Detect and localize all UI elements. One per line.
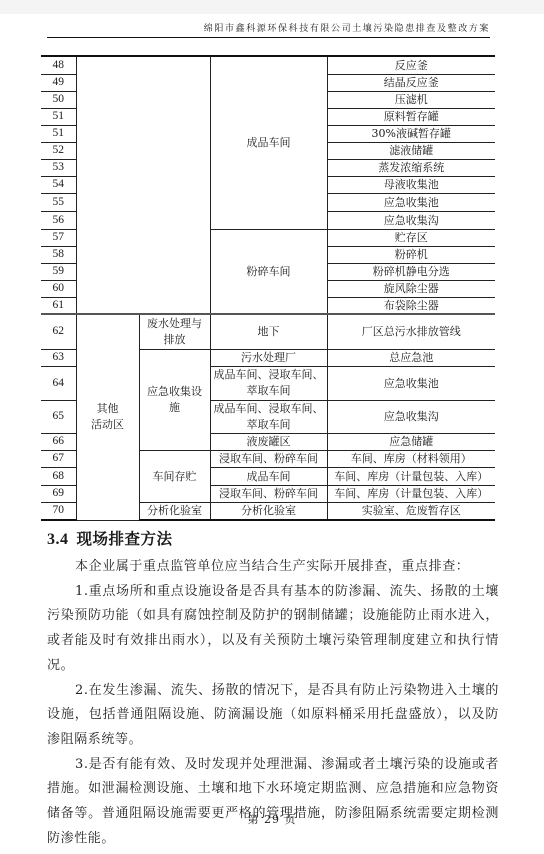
subarea-cell: 应急收集设 施 — [139, 349, 210, 450]
area-label-line1: 其他 — [79, 401, 137, 417]
location-line1: 成品车间、浸取车间、 — [213, 367, 325, 383]
facility-cell: 车间、库房（计量包装、入库） — [327, 467, 495, 485]
location-cell: 地下 — [210, 314, 327, 349]
facility-cell: 车间、库房（材料领用） — [327, 450, 495, 467]
row-number: 59 — [41, 263, 76, 280]
location-cell: 污水处理厂 — [210, 349, 327, 366]
row-number: 66 — [41, 433, 76, 450]
subarea-line1: 废水处理与 — [142, 316, 208, 332]
location-cell: 浸取车间、粉碎车间 — [210, 485, 327, 502]
row-number: 54 — [41, 176, 76, 193]
section-heading: 3.4现场排查方法 — [47, 527, 173, 549]
facility-cell: 原料暂存罐 — [327, 108, 495, 125]
row-number: 51 — [41, 125, 76, 142]
area-cell — [76, 56, 210, 314]
facility-cell: 实验室、危废暂存区 — [327, 502, 495, 520]
facility-cell: 母液收集池 — [327, 176, 495, 193]
subarea-cell: 分析化验室 — [139, 502, 210, 520]
location-cell: 液废罐区 — [210, 433, 327, 450]
facility-cell: 总应急池 — [327, 349, 495, 366]
location-cell: 浸取车间、粉碎车间 — [210, 450, 327, 467]
location-cell: 成品车间 — [210, 467, 327, 485]
facility-cell: 粉碎机静电分选 — [327, 263, 495, 280]
location-cell: 分析化验室 — [210, 502, 327, 520]
row-number: 70 — [41, 502, 76, 520]
row-number: 56 — [41, 211, 76, 229]
row-number: 58 — [41, 246, 76, 263]
facility-cell: 车间、库房（计量包装、入库） — [327, 485, 495, 502]
facility-cell: 蒸发浓缩系统 — [327, 159, 495, 176]
row-number: 48 — [41, 56, 76, 74]
document-header: 绵阳市鑫科源环保科技有限公司土壤污染隐患排查及整改方案 — [60, 21, 490, 34]
paragraph: 1.重点场所和重点设施设备是否具有基本的防渗漏、流失、扬散的土壤污染预防功能（如… — [47, 580, 499, 679]
facility-cell: 30%液碱暂存罐 — [327, 125, 495, 142]
table-row: 48 成品车间 反应釜 — [41, 56, 495, 74]
paragraph: 本企业属于重点监管单位应当结合生产实际开展排查，重点排查： — [47, 555, 499, 580]
row-number: 55 — [41, 193, 76, 211]
location-cell: 粉碎车间 — [210, 229, 327, 314]
location-cell: 成品车间、浸取车间、 萃取车间 — [210, 400, 327, 433]
table-row: 62 其他 活动区 废水处理与 排放 地下 厂区总污水排放管线 — [41, 314, 495, 349]
row-number: 50 — [41, 91, 76, 108]
paragraph: 2.在发生渗漏、流失、扬散的情况下，是否具有防止污染物进入土壤的设施，包括普通阻… — [47, 679, 499, 753]
row-number: 63 — [41, 349, 76, 366]
facility-cell: 应急收集池 — [327, 366, 495, 400]
facility-cell: 结晶反应釜 — [327, 74, 495, 91]
paragraph: 3.是否有能有效、及时发现并处理泄漏、渗漏或者土壤污染的设施或者措施。如泄漏检测… — [47, 753, 499, 852]
facility-cell: 应急收集沟 — [327, 211, 495, 229]
location-line2: 萃取车间 — [213, 417, 325, 433]
location-cell: 成品车间、浸取车间、 萃取车间 — [210, 366, 327, 400]
row-number: 64 — [41, 366, 76, 400]
location-cell: 成品车间 — [210, 56, 327, 229]
header-rule — [47, 37, 490, 38]
row-number: 57 — [41, 229, 76, 246]
location-line1: 成品车间、浸取车间、 — [213, 401, 325, 417]
facility-cell: 反应釜 — [327, 56, 495, 74]
row-number: 60 — [41, 280, 76, 297]
subarea-cell: 废水处理与 排放 — [139, 314, 210, 349]
row-number: 65 — [41, 400, 76, 433]
section-body: 本企业属于重点监管单位应当结合生产实际开展排查，重点排查： 1.重点场所和重点设… — [47, 555, 499, 851]
page-number: 第 29 页 — [0, 811, 544, 827]
subarea-line2: 排放 — [142, 332, 208, 348]
facility-cell: 厂区总污水排放管线 — [327, 314, 495, 349]
facility-cell: 应急收集沟 — [327, 400, 495, 433]
facility-cell: 压滤机 — [327, 91, 495, 108]
facility-cell: 粉碎机 — [327, 246, 495, 263]
row-number: 49 — [41, 74, 76, 91]
row-number: 68 — [41, 467, 76, 485]
area-label-line2: 活动区 — [79, 417, 137, 433]
facility-cell: 滤液储罐 — [327, 142, 495, 159]
area-cell: 其他 活动区 — [76, 314, 139, 520]
section-title: 现场排查方法 — [77, 530, 173, 548]
location-line2: 萃取车间 — [213, 383, 325, 399]
facility-cell: 贮存区 — [327, 229, 495, 246]
row-number: 52 — [41, 142, 76, 159]
facility-cell: 布袋除尘器 — [327, 297, 495, 314]
facility-cell: 应急储罐 — [327, 433, 495, 450]
row-number: 53 — [41, 159, 76, 176]
subarea-line1: 应急收集设 — [142, 384, 208, 400]
row-number: 51 — [41, 108, 76, 125]
viewer-top-bar — [0, 0, 544, 14]
subarea-line2: 施 — [142, 400, 208, 416]
facility-cell: 应急收集池 — [327, 193, 495, 211]
row-number: 69 — [41, 485, 76, 502]
row-number: 67 — [41, 450, 76, 467]
section-number: 3.4 — [47, 531, 69, 548]
row-number: 62 — [41, 314, 76, 349]
subarea-cell: 车间存贮 — [139, 450, 210, 502]
row-number: 61 — [41, 297, 76, 314]
facility-cell: 旋风除尘器 — [327, 280, 495, 297]
facility-table: 48 成品车间 反应釜 49 结晶反应釜 50 压滤机 51 原料暂存罐 51 … — [41, 55, 495, 521]
